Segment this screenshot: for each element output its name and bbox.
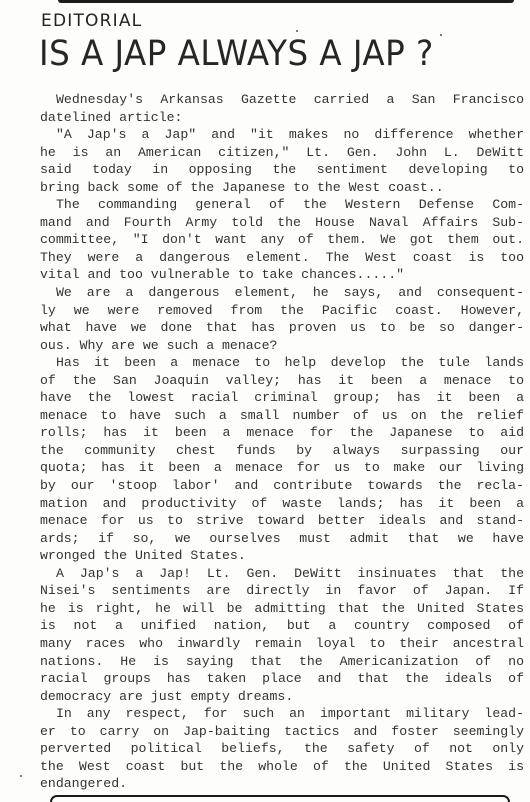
- article-line: menace to have such a small number of us…: [40, 407, 524, 425]
- bottom-rule: [50, 795, 510, 802]
- article-line: democracy are just empty dreams.: [40, 688, 524, 706]
- article-line: "A Jap's a Jap" and "it makes no differe…: [40, 126, 524, 144]
- article-line: perverted political beliefs, the safety …: [40, 740, 524, 758]
- article-line: vital and too vulnerable to take chances…: [40, 266, 524, 284]
- article-line: A Jap's a Jap! Lt. Gen. DeWitt insinuate…: [40, 565, 524, 583]
- article-body: Wednesday's Arkansas Gazette carried a S…: [40, 91, 524, 793]
- article-line: of the San Joaquin valley; has it been a…: [40, 372, 524, 390]
- article-line: menace for us to strive toward better id…: [40, 512, 524, 530]
- article-line: by our 'stoop labor' and contribute towa…: [40, 477, 524, 495]
- article-line: Nisei's sentiments are directly in favor…: [40, 582, 524, 600]
- section-kicker: EDITORIAL: [41, 11, 142, 31]
- article-line: many races who inwardly remain loyal to …: [40, 635, 524, 653]
- article-line: he is an American citizen," Lt. Gen. Joh…: [40, 144, 524, 162]
- article-line: committee, "I don't want any of them. We…: [40, 231, 524, 249]
- article-line: have the lowest racial criminal group; h…: [40, 389, 524, 407]
- article-line: They were a dangerous element. The West …: [40, 249, 524, 267]
- article-line: quota; has it been a menace for us to ma…: [40, 459, 524, 477]
- article-line: Wednesday's Arkansas Gazette carried a S…: [40, 91, 524, 109]
- article-line: ly we were removed from the Pacific coas…: [40, 302, 524, 320]
- article-line: he is right, he will be admitting that t…: [40, 600, 524, 618]
- article-line: said today in opposing the sentiment dev…: [40, 161, 524, 179]
- article-line: what have we done that has proven us to …: [40, 319, 524, 337]
- article-line: endangered.: [40, 775, 524, 793]
- article-line: datelined article:: [40, 109, 524, 127]
- article-line: racial groups has taken place and that t…: [40, 670, 524, 688]
- article-line: We are a dangerous element, he says, and…: [40, 284, 524, 302]
- article-line: ards; if so, we ourselves must admit tha…: [40, 530, 524, 548]
- headline: IS A JAP ALWAYS A JAP ?: [39, 34, 434, 74]
- top-rule: [58, 0, 514, 3]
- article-line: In any respect, for such an important mi…: [40, 705, 524, 723]
- article-line: rolls; has it been a menace for the Japa…: [40, 424, 524, 442]
- article-line: is not a unified nation, but a country c…: [40, 617, 524, 635]
- article-line: mand and Fourth Army told the House Nava…: [40, 214, 524, 232]
- article-line: the West coast but the whole of the Unit…: [40, 758, 524, 776]
- article-line: ous. Why are we such a menace?: [40, 337, 524, 355]
- article-line: the community chest funds by always surp…: [40, 442, 524, 460]
- scan-speck: [296, 30, 298, 32]
- article-line: bring back some of the Japanese to the W…: [40, 179, 524, 197]
- article-line: er to carry on Jap-baiting tactics and f…: [40, 723, 524, 741]
- article-line: mation and productivity of waste lands; …: [40, 495, 524, 513]
- article-line: nations. He is saying that the Americani…: [40, 653, 524, 671]
- article-line: wronged the United States.: [40, 547, 524, 565]
- scan-speck: [20, 775, 22, 777]
- scan-speck: [440, 34, 442, 36]
- article-line: Has it been a menace to help develop the…: [40, 354, 524, 372]
- article-line: The commanding general of the Western De…: [40, 196, 524, 214]
